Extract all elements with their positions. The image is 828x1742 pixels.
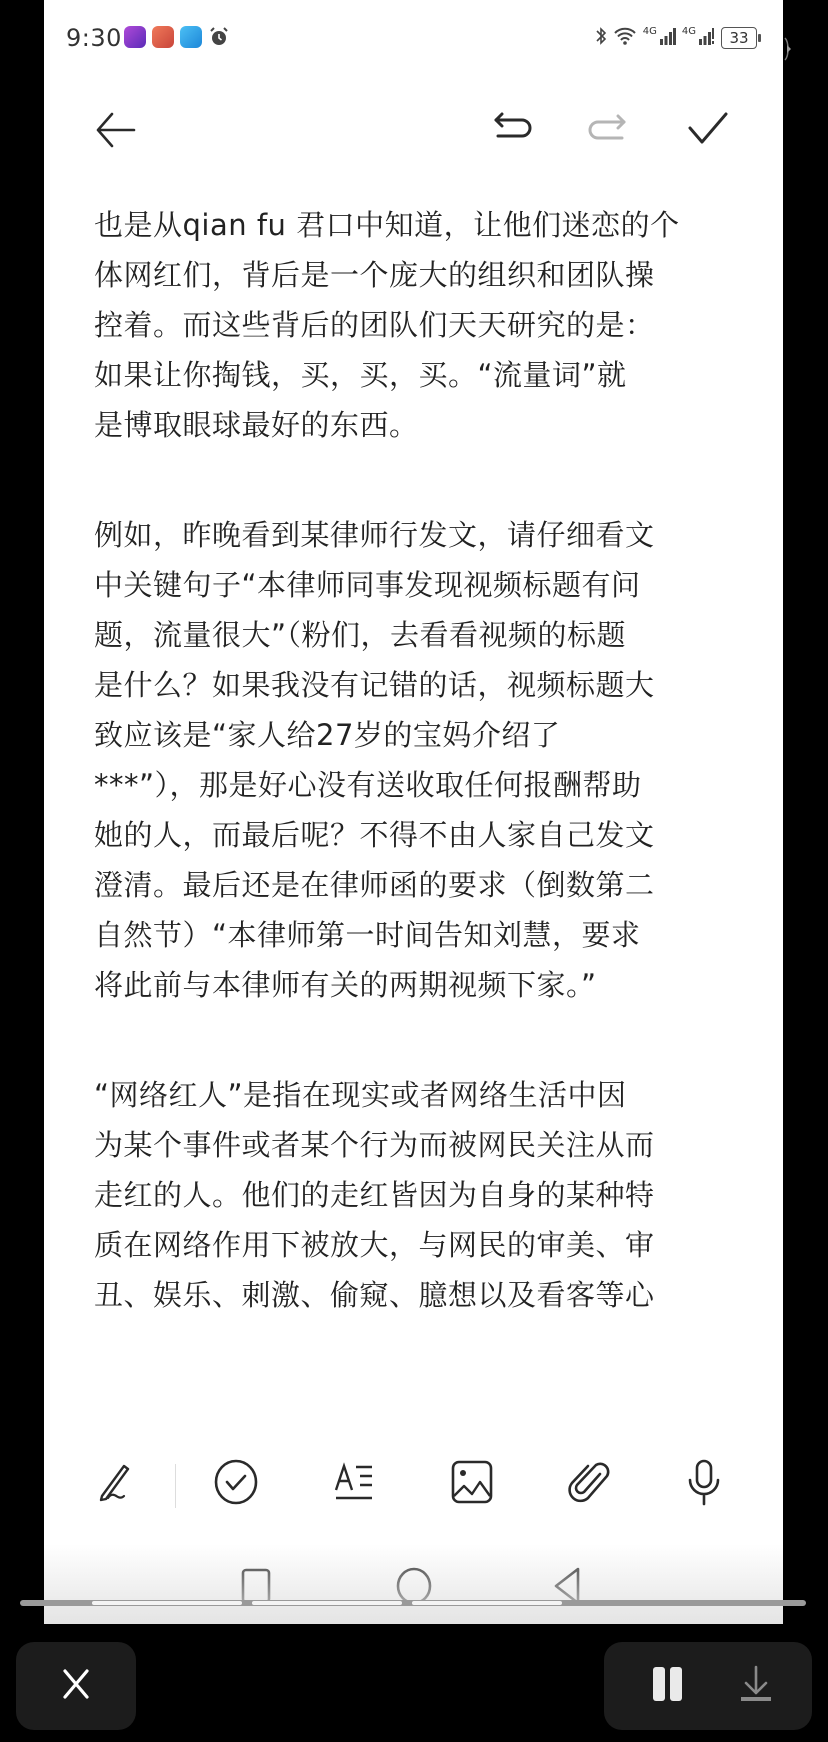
progress-segment xyxy=(252,1601,402,1605)
pause-button[interactable] xyxy=(646,1664,690,1708)
editor-top-toolbar xyxy=(44,100,783,164)
text-format-icon xyxy=(330,1458,378,1510)
handwriting-icon xyxy=(94,1458,142,1510)
undo-button[interactable] xyxy=(490,110,534,154)
battery-indicator: 33 xyxy=(721,27,757,49)
toolbar-divider xyxy=(175,1464,176,1508)
blank-line xyxy=(94,1010,783,1070)
edit-toolbar xyxy=(44,1452,783,1516)
text-line: 例如，昨晚看到某律师行发文，请仔细看文 xyxy=(94,510,783,560)
status-bar: 9:30 4G 4G 33 xyxy=(44,22,783,56)
arrow-left-icon xyxy=(94,108,138,156)
text-line: 控着。而这些背后的团队们天天研究的是： xyxy=(94,300,783,350)
notes-app-screen: 9:30 4G 4G 33 xyxy=(44,0,783,1624)
attachment-icon xyxy=(566,1458,614,1510)
signal-sim2-icon xyxy=(699,27,715,49)
close-button[interactable] xyxy=(16,1642,136,1730)
app-red-icon xyxy=(152,26,174,48)
close-icon xyxy=(61,1668,91,1704)
recording-controls xyxy=(604,1642,812,1730)
text-line: 体网红们，背后是一个庞大的组织和团队操 xyxy=(94,250,783,300)
side-panel-handle[interactable] xyxy=(783,36,793,62)
voice-input-button[interactable] xyxy=(680,1460,728,1508)
text-line: 中关键句子“本律师同事发现视频标题有问 xyxy=(94,560,783,610)
download-icon xyxy=(738,1664,774,1708)
undo-icon xyxy=(490,108,534,156)
attachment-button[interactable] xyxy=(566,1460,614,1508)
text-line: 是博取眼球最好的东西。 xyxy=(94,400,783,450)
text-line: 为某个事件或者某个行为而被网民关注从而 xyxy=(94,1120,783,1170)
recording-progress-bar[interactable] xyxy=(20,1600,806,1606)
text-line: 她的人，而最后呢？不得不由人家自己发文 xyxy=(94,810,783,860)
system-nav-bar xyxy=(44,1560,783,1616)
insert-image-button[interactable] xyxy=(448,1460,496,1508)
text-line: 将此前与本律师有关的两期视频下家。” xyxy=(94,960,783,1010)
checklist-button[interactable] xyxy=(212,1460,260,1508)
text-line: 是什么？如果我没有记错的话，视频标题大 xyxy=(94,660,783,710)
back-button[interactable] xyxy=(94,110,138,154)
note-body-viewport[interactable]: 也是从qian fu 君口中知道，让他们迷恋的个 体网红们，背后是一个庞大的组织… xyxy=(44,200,783,1418)
note-body[interactable]: 也是从qian fu 君口中知道，让他们迷恋的个 体网红们，背后是一个庞大的组织… xyxy=(94,200,783,1320)
wifi-icon xyxy=(613,26,637,50)
sim2-network-label: 4G xyxy=(682,26,696,37)
notification-icons xyxy=(124,26,230,52)
status-indicators: 4G 4G 33 xyxy=(595,26,757,50)
status-time: 9:30 xyxy=(66,24,122,52)
app-purple-icon xyxy=(124,26,146,48)
text-line: 澄清。最后还是在律师函的要求（倒数第二 xyxy=(94,860,783,910)
text-line: 致应该是“家人给27岁的宝妈介绍了 xyxy=(94,710,783,760)
alarm-icon xyxy=(208,26,230,52)
image-icon xyxy=(448,1458,496,1510)
confirm-button[interactable] xyxy=(686,110,730,154)
checklist-icon xyxy=(212,1458,260,1510)
progress-segment xyxy=(412,1601,562,1605)
microphone-icon xyxy=(680,1458,728,1510)
redo-button[interactable] xyxy=(586,110,630,154)
text-line: ***”），那是好心没有送收取任何报酬帮助 xyxy=(94,760,783,810)
text-format-button[interactable] xyxy=(330,1460,378,1508)
check-icon xyxy=(686,108,730,156)
text-line: 质在网络作用下被放大，与网民的审美、审 xyxy=(94,1220,783,1270)
messages-icon xyxy=(180,26,202,48)
text-line: 也是从qian fu 君口中知道，让他们迷恋的个 xyxy=(94,200,783,250)
blank-line xyxy=(94,450,783,510)
signal-sim1-icon xyxy=(660,27,676,49)
download-button[interactable] xyxy=(734,1664,778,1708)
text-line: 走红的人。他们的走红皆因为自身的某种特 xyxy=(94,1170,783,1220)
progress-segment xyxy=(92,1601,242,1605)
text-line: 题，流量很大”（粉们，去看看视频的标题 xyxy=(94,610,783,660)
text-line: “网络红人”是指在现实或者网络生活中因 xyxy=(94,1070,783,1120)
redo-icon xyxy=(586,108,630,156)
text-line: 如果让你掏钱，买，买，买。“流量词”就 xyxy=(94,350,783,400)
sim1-network-label: 4G xyxy=(643,26,657,37)
pause-icon xyxy=(650,1664,686,1708)
handwriting-button[interactable] xyxy=(94,1460,142,1508)
bluetooth-icon xyxy=(595,26,607,50)
text-line: 自然节）“本律师第一时间告知刘慧，要求 xyxy=(94,910,783,960)
text-line: 丑、娱乐、刺激、偷窥、臆想以及看客等心 xyxy=(94,1270,783,1320)
